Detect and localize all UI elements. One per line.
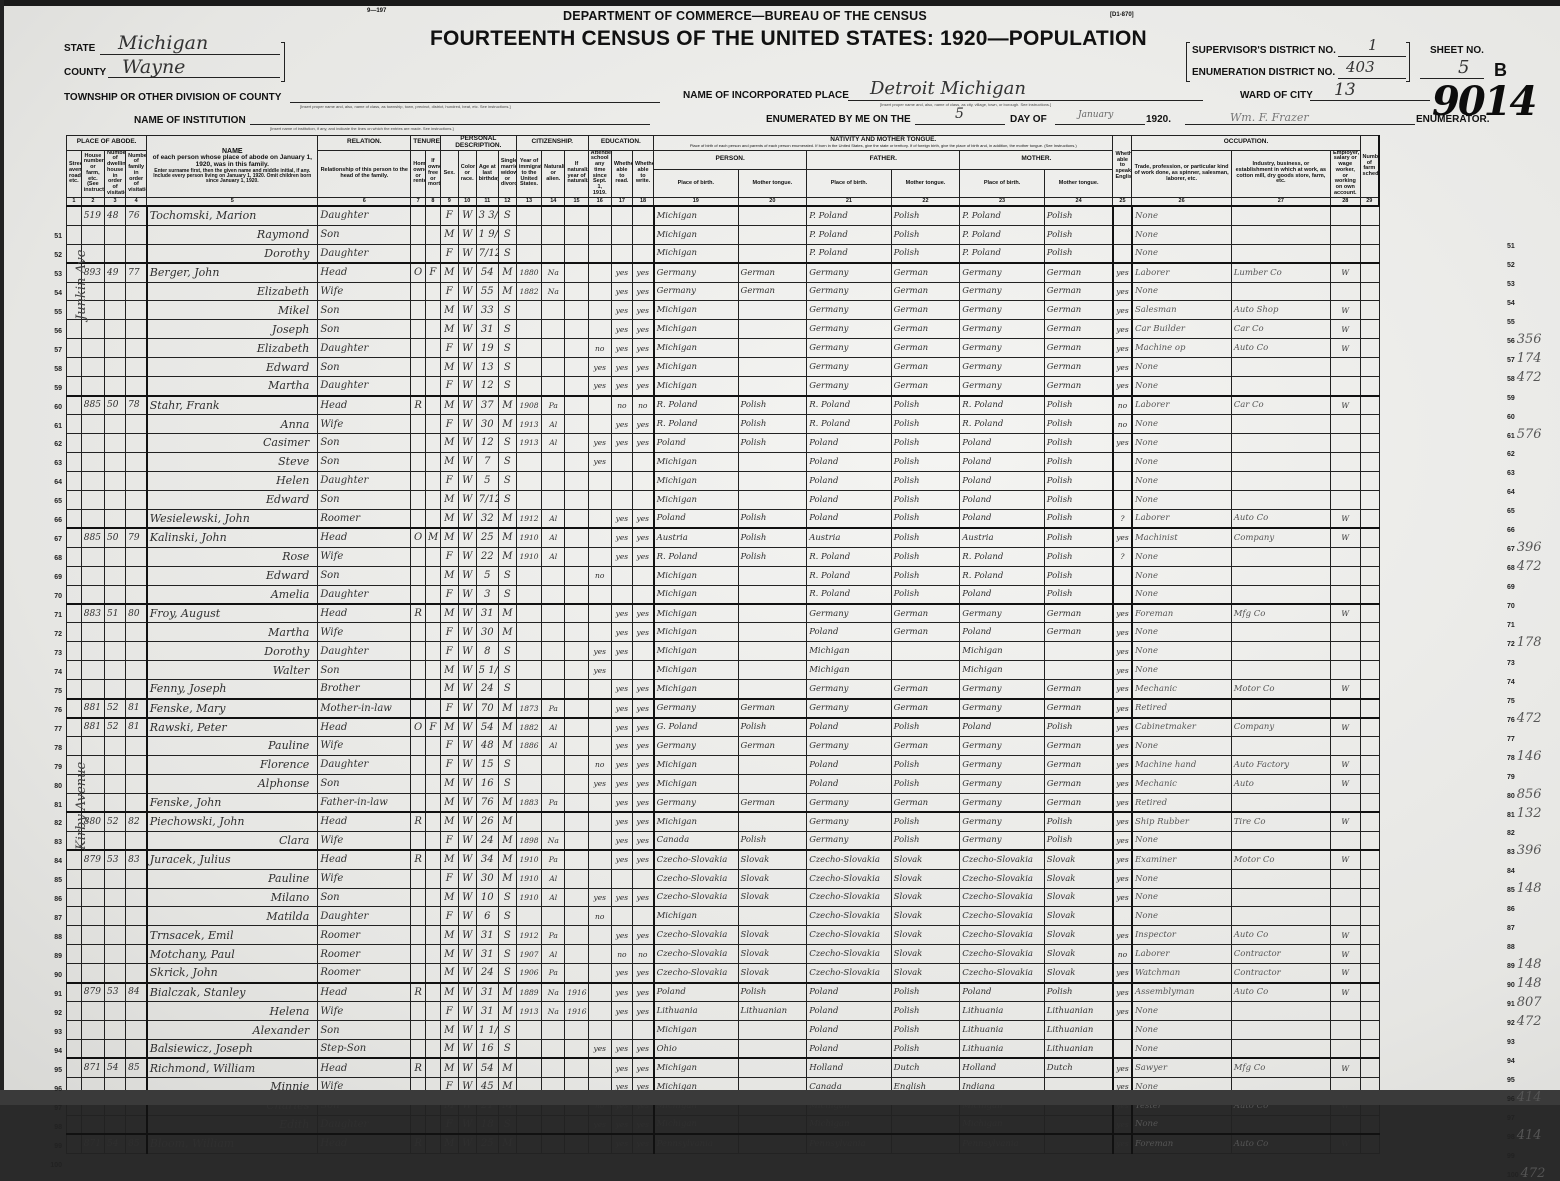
cell-industry: Company (1231, 528, 1330, 547)
cell-ftongue: Polish (891, 206, 960, 225)
cell-own (411, 377, 426, 396)
line-number-left: 75 (44, 688, 62, 695)
line-number-left: 64 (44, 479, 62, 486)
cell-dwelling: 50 (105, 396, 126, 415)
cell-nat (542, 812, 565, 831)
cell-mort (426, 869, 441, 888)
line-number-right: 79 (1507, 768, 1515, 783)
cell-trade: None (1132, 888, 1231, 907)
cell-marital: S (498, 907, 516, 926)
cell-fpob: Germany (807, 339, 891, 358)
cell-house (81, 737, 104, 756)
cell-nat (542, 623, 565, 642)
line-number-right: 90 148 (1507, 976, 1542, 991)
line-number-right: 69 (1507, 578, 1515, 593)
cell-school: yes (588, 1040, 611, 1059)
cell-trade: None (1132, 623, 1231, 642)
cell-farm (1360, 509, 1379, 528)
enumeration-district-value: 403 (1346, 58, 1375, 76)
cell-read: yes (611, 623, 632, 642)
cell-age: 30 (476, 869, 498, 888)
cell-farm (1360, 1002, 1379, 1021)
cell-marital: M (498, 983, 516, 1002)
cell-dwelling (105, 471, 126, 490)
cell-pob: Poland (654, 434, 738, 453)
cell-mtongue: Polish (1044, 415, 1113, 434)
cell-read: yes (611, 888, 632, 907)
cell-industry (1231, 907, 1330, 926)
cell-own (411, 547, 426, 566)
cell-eng (1113, 206, 1132, 225)
cell-trade: None (1132, 869, 1231, 888)
cell-pob: Michigan (654, 755, 738, 774)
cell-race: W (458, 623, 476, 642)
cell-class (1330, 434, 1360, 453)
cell-read: yes (611, 301, 632, 320)
cell-industry (1231, 471, 1330, 490)
cell-fpob: Germany (807, 358, 891, 377)
cell-farm (1360, 718, 1379, 737)
cell-mpob: R. Poland (960, 566, 1044, 585)
cell-mtongue: Polish (1044, 206, 1113, 225)
cell-age: 24 (476, 964, 498, 983)
cell-write (632, 642, 653, 661)
line-number-right: 96 414 (1507, 1090, 1542, 1105)
margin-code: 148 (1517, 881, 1542, 896)
cell-name: Edward (147, 358, 318, 377)
cell-own (411, 793, 426, 812)
cell-trade: Cabinetmaker (1132, 718, 1231, 737)
cell-name: Skrick, John (147, 964, 318, 983)
cell-trade: Salesman (1132, 301, 1231, 320)
cell-pob: Michigan (654, 566, 738, 585)
cell-own (411, 755, 426, 774)
cell-sex: F (440, 623, 458, 642)
cell-house (81, 339, 104, 358)
col-22-header: Mother tongue. (891, 170, 960, 198)
cell-eng: yes (1113, 339, 1132, 358)
cell-eng: yes (1113, 699, 1132, 718)
cell-relation: Daughter (318, 907, 411, 926)
institution-line (250, 124, 650, 125)
cell-own (411, 680, 426, 699)
cell-tongue (738, 452, 807, 471)
line-number: 89 (1507, 963, 1515, 970)
line-number: 68 (1507, 565, 1515, 572)
cell-house (81, 869, 104, 888)
cell-fpob: P. Poland (807, 244, 891, 263)
line-number-right: 52 (1507, 256, 1515, 271)
cell-street (67, 964, 82, 983)
line-number: 61 (1507, 433, 1515, 440)
cell-relation: Father-in-law (318, 793, 411, 812)
cell-family: 82 (126, 812, 147, 831)
cell-house (81, 926, 104, 945)
cell-dwelling (105, 301, 126, 320)
line-number-left: 60 (44, 404, 62, 411)
census-row: 5194876Tochomski, MarionDaughterFW3 3/12… (67, 206, 1507, 225)
cell-mtongue: Polish (1044, 718, 1113, 737)
cell-ftongue: German (891, 301, 960, 320)
cell-industry (1231, 831, 1330, 850)
cell-tongue: Polish (738, 718, 807, 737)
line-number-right: 95 (1507, 1071, 1515, 1086)
cell-tongue (738, 206, 807, 225)
cell-eng (1113, 471, 1132, 490)
cell-mtongue: Slovak (1044, 907, 1113, 926)
cell-pob: Michigan (654, 452, 738, 471)
cell-nat (542, 225, 565, 244)
cell-nat (542, 661, 565, 680)
cell-relation: Son (318, 320, 411, 339)
cell-name: Joseph (147, 320, 318, 339)
cell-mort (426, 415, 441, 434)
census-row: ClaraWifeFW24M1898NayesyesCanadaPolishGe… (67, 831, 1507, 850)
cell-nat: Al (542, 718, 565, 737)
cell-write: yes (632, 320, 653, 339)
line-number-right: 81 132 (1507, 806, 1542, 821)
cell-farm (1360, 358, 1379, 377)
cell-read (611, 471, 632, 490)
cell-read: yes (611, 1002, 632, 1021)
scan-edge-bottom (0, 1090, 1560, 1105)
cell-read: yes (611, 415, 632, 434)
cell-race: W (458, 812, 476, 831)
margin-code: 132 (1517, 806, 1542, 821)
cell-age: 16 (476, 1040, 498, 1059)
cell-ftongue: German (891, 623, 960, 642)
incorporated-place-line (848, 100, 1203, 101)
cell-farm (1360, 1058, 1379, 1077)
cell-street (67, 850, 82, 869)
cell-natyr (565, 566, 588, 585)
cell-dwelling (105, 585, 126, 604)
cell-pob: Lithuania (654, 1002, 738, 1021)
cell-street (67, 907, 82, 926)
cell-farm (1360, 585, 1379, 604)
cell-ftongue: Slovak (891, 945, 960, 964)
cell-mtongue: German (1044, 755, 1113, 774)
cell-family (126, 282, 147, 301)
cell-fpob: Poland (807, 490, 891, 509)
census-row: FlorenceDaughterFW15SnoyesyesMichiganPol… (67, 755, 1507, 774)
line-number-left: 96 (44, 1086, 62, 1093)
cell-ftongue: Polish (891, 812, 960, 831)
cell-age: 26 (476, 812, 498, 831)
cell-industry (1231, 585, 1330, 604)
cell-family (126, 509, 147, 528)
cell-imm: 1913 (516, 434, 541, 453)
cell-sex: M (440, 812, 458, 831)
cell-industry (1231, 661, 1330, 680)
line-number-left: 65 (44, 498, 62, 505)
cell-fpob: Poland (807, 509, 891, 528)
cell-school (588, 1002, 611, 1021)
cell-school: yes (588, 377, 611, 396)
line-number-left: 70 (44, 593, 62, 600)
cell-relation: Wife (318, 547, 411, 566)
cell-write: yes (632, 774, 653, 793)
cell-natyr (565, 623, 588, 642)
cell-school: yes (588, 661, 611, 680)
cell-school (588, 585, 611, 604)
cell-ftongue: German (891, 680, 960, 699)
cell-race: W (458, 320, 476, 339)
cell-tongue: Polish (738, 831, 807, 850)
margin-code: 472 (1517, 370, 1542, 385)
line-number-right: 54 (1507, 294, 1515, 309)
cell-school: yes (588, 642, 611, 661)
cell-mpob: Czecho-Slovakia (960, 907, 1044, 926)
cell-own (411, 509, 426, 528)
census-row: 8795384Bialczak, StanleyHeadRMW31M1889Na… (67, 983, 1507, 1002)
cell-school: no (588, 755, 611, 774)
line-number-right: 73 (1507, 654, 1515, 669)
cell-marital: M (498, 737, 516, 756)
cell-name: Helen (147, 471, 318, 490)
cell-sex: M (440, 566, 458, 585)
cell-sex: M (440, 528, 458, 547)
cell-eng: yes (1113, 434, 1132, 453)
cell-write: no (632, 945, 653, 964)
cell-race: W (458, 1021, 476, 1040)
cell-relation: Head (318, 396, 411, 415)
cell-read: yes (611, 320, 632, 339)
cell-industry: Mfg Co (1231, 604, 1330, 623)
cell-pob: Czecho-Slovakia (654, 964, 738, 983)
cell-mpob: Czecho-Slovakia (960, 964, 1044, 983)
cell-house (81, 623, 104, 642)
cell-write (632, 244, 653, 263)
column-number: 23 (960, 197, 1044, 206)
cell-own (411, 415, 426, 434)
cell-eng: yes (1113, 680, 1132, 699)
cell-imm (516, 642, 541, 661)
cell-natyr (565, 1040, 588, 1059)
cell-race: W (458, 926, 476, 945)
cell-nat (542, 452, 565, 471)
cell-nat (542, 244, 565, 263)
cell-relation: Wife (318, 415, 411, 434)
cell-street (67, 623, 82, 642)
cell-mort: M (426, 528, 441, 547)
cell-age: 30 (476, 623, 498, 642)
cell-read (611, 490, 632, 509)
cell-house (81, 377, 104, 396)
cell-marital: M (498, 547, 516, 566)
cell-name: Mikel (147, 301, 318, 320)
cell-eng: no (1113, 945, 1132, 964)
line-number-left: 90 (44, 972, 62, 979)
cell-mort (426, 566, 441, 585)
cell-fpob: Germany (807, 263, 891, 282)
cell-tongue: Polish (738, 434, 807, 453)
cell-sex: F (440, 585, 458, 604)
cell-school (588, 320, 611, 339)
line-number: 62 (1507, 451, 1515, 458)
cell-name: Dorothy (147, 642, 318, 661)
cell-industry (1231, 490, 1330, 509)
cell-dwelling: 50 (105, 528, 126, 547)
cell-age: 6 (476, 907, 498, 926)
cell-school (588, 396, 611, 415)
cell-mort (426, 1040, 441, 1059)
cell-marital: M (498, 850, 516, 869)
cell-dwelling (105, 339, 126, 358)
cell-pob: Michigan (654, 301, 738, 320)
cell-fpob: Czecho-Slovakia (807, 907, 891, 926)
cell-family: 81 (126, 718, 147, 737)
cell-industry (1231, 434, 1330, 453)
cell-fpob: Poland (807, 434, 891, 453)
cell-mort (426, 888, 441, 907)
cell-sex: F (440, 699, 458, 718)
cell-class: W (1330, 945, 1360, 964)
cell-relation: Wife (318, 869, 411, 888)
institution-label: NAME OF INSTITUTION (134, 115, 246, 126)
cell-name: Stahr, Frank (147, 396, 318, 415)
cell-name: Raymond (147, 225, 318, 244)
cell-race: W (458, 718, 476, 737)
line-number: 67 (1507, 546, 1515, 553)
cell-school (588, 831, 611, 850)
cell-trade: None (1132, 490, 1231, 509)
township-line (290, 102, 660, 103)
margin-code: 174 (1517, 351, 1542, 366)
cell-farm (1360, 774, 1379, 793)
cell-eng: yes (1113, 718, 1132, 737)
census-row: MilanoSonMW10S1910AlyesyesyesCzecho-Slov… (67, 888, 1507, 907)
line-number-right: 67 396 (1507, 540, 1542, 555)
line-number: 91 (1507, 1001, 1515, 1008)
cell-age: 32 (476, 509, 498, 528)
col-24-header: Mother tongue. (1044, 170, 1113, 198)
cell-class (1330, 642, 1360, 661)
cell-street (67, 642, 82, 661)
cell-mort (426, 547, 441, 566)
census-row: RoseWifeFW22M1910AlyesyesR. PolandPolish… (67, 547, 1507, 566)
column-number: 13 (516, 197, 541, 206)
cell-family (126, 661, 147, 680)
cell-mpob: Germany (960, 831, 1044, 850)
line-number: 84 (1507, 868, 1515, 875)
cell-fpob: Germany (807, 377, 891, 396)
cell-tongue: German (738, 737, 807, 756)
cell-ftongue: Polish (891, 434, 960, 453)
cell-ftongue: German (891, 377, 960, 396)
cell-read: yes (611, 964, 632, 983)
day-of-label: DAY OF (1010, 114, 1047, 125)
cell-fpob: Germany (807, 699, 891, 718)
cell-pob: Michigan (654, 585, 738, 604)
cell-industry (1231, 869, 1330, 888)
cell-school (588, 680, 611, 699)
cell-mpob: Lithuania (960, 1002, 1044, 1021)
cell-write: yes (632, 339, 653, 358)
cell-mpob: P. Poland (960, 244, 1044, 263)
cell-read (611, 206, 632, 225)
cell-nat (542, 1040, 565, 1059)
census-row: Fenske, JohnFather-in-lawMW76M1883Payesy… (67, 793, 1507, 812)
cell-name: Amelia (147, 585, 318, 604)
cell-industry (1231, 1021, 1330, 1040)
line-number: 87 (1507, 925, 1515, 932)
cell-nat: Pa (542, 793, 565, 812)
cell-age: 24 (476, 831, 498, 850)
cell-imm: 1910 (516, 528, 541, 547)
line-number: 94 (1507, 1058, 1515, 1065)
cell-street (67, 869, 82, 888)
census-title: FOURTEENTH CENSUS OF THE UNITED STATES: … (430, 27, 1147, 51)
cell-eng: yes (1113, 812, 1132, 831)
cell-class: W (1330, 983, 1360, 1002)
cell-school (588, 471, 611, 490)
cell-street (67, 661, 82, 680)
cell-mpob: Czecho-Slovakia (960, 945, 1044, 964)
line-number: 72 (1507, 641, 1515, 648)
cell-pob: Czecho-Slovakia (654, 888, 738, 907)
margin-code: 472 (1517, 1014, 1542, 1029)
cell-own (411, 1021, 426, 1040)
cell-industry (1231, 415, 1330, 434)
cell-fpob: R. Poland (807, 415, 891, 434)
cell-pob: Austria (654, 528, 738, 547)
cell-own: O (411, 718, 426, 737)
cell-mtongue: Polish (1044, 547, 1113, 566)
cell-age: 5 (476, 471, 498, 490)
cell-write: yes (632, 926, 653, 945)
cell-trade: Retired (1132, 793, 1231, 812)
cell-sex: M (440, 1058, 458, 1077)
cell-mtongue: Polish (1044, 225, 1113, 244)
cell-mtongue (1044, 642, 1113, 661)
department-heading: DEPARTMENT OF COMMERCE—BUREAU OF THE CEN… (563, 9, 927, 23)
cell-house (81, 907, 104, 926)
line-number: 81 (1507, 812, 1515, 819)
cell-relation: Daughter (318, 471, 411, 490)
cell-race: W (458, 964, 476, 983)
township-label: TOWNSHIP OR OTHER DIVISION OF COUNTY (64, 92, 281, 103)
cell-farm (1360, 850, 1379, 869)
cell-age: 7 (476, 452, 498, 471)
cell-farm (1360, 415, 1379, 434)
cell-marital: S (498, 888, 516, 907)
cell-industry (1231, 642, 1330, 661)
cell-eng: yes (1113, 831, 1132, 850)
cell-street (67, 452, 82, 471)
cell-sex: M (440, 964, 458, 983)
cell-read: yes (611, 377, 632, 396)
cell-marital: S (498, 339, 516, 358)
census-row: DorothyDaughterFW7/12SMichiganP. PolandP… (67, 244, 1507, 263)
column-number: 1 (67, 197, 82, 206)
cell-imm: 1913 (516, 415, 541, 434)
cell-tongue: German (738, 699, 807, 718)
name-desc3: Include every person living on January 1… (149, 174, 315, 185)
margin-code: 576 (1517, 427, 1542, 442)
cell-pob: Germany (654, 793, 738, 812)
cell-nat (542, 755, 565, 774)
cell-own (411, 1040, 426, 1059)
cell-race: W (458, 907, 476, 926)
cell-mtongue: German (1044, 604, 1113, 623)
cell-imm (516, 1058, 541, 1077)
cell-farm (1360, 263, 1379, 282)
line-number: 59 (1507, 395, 1515, 402)
cell-house: 881 (81, 699, 104, 718)
cell-imm (516, 812, 541, 831)
cell-industry (1231, 699, 1330, 718)
